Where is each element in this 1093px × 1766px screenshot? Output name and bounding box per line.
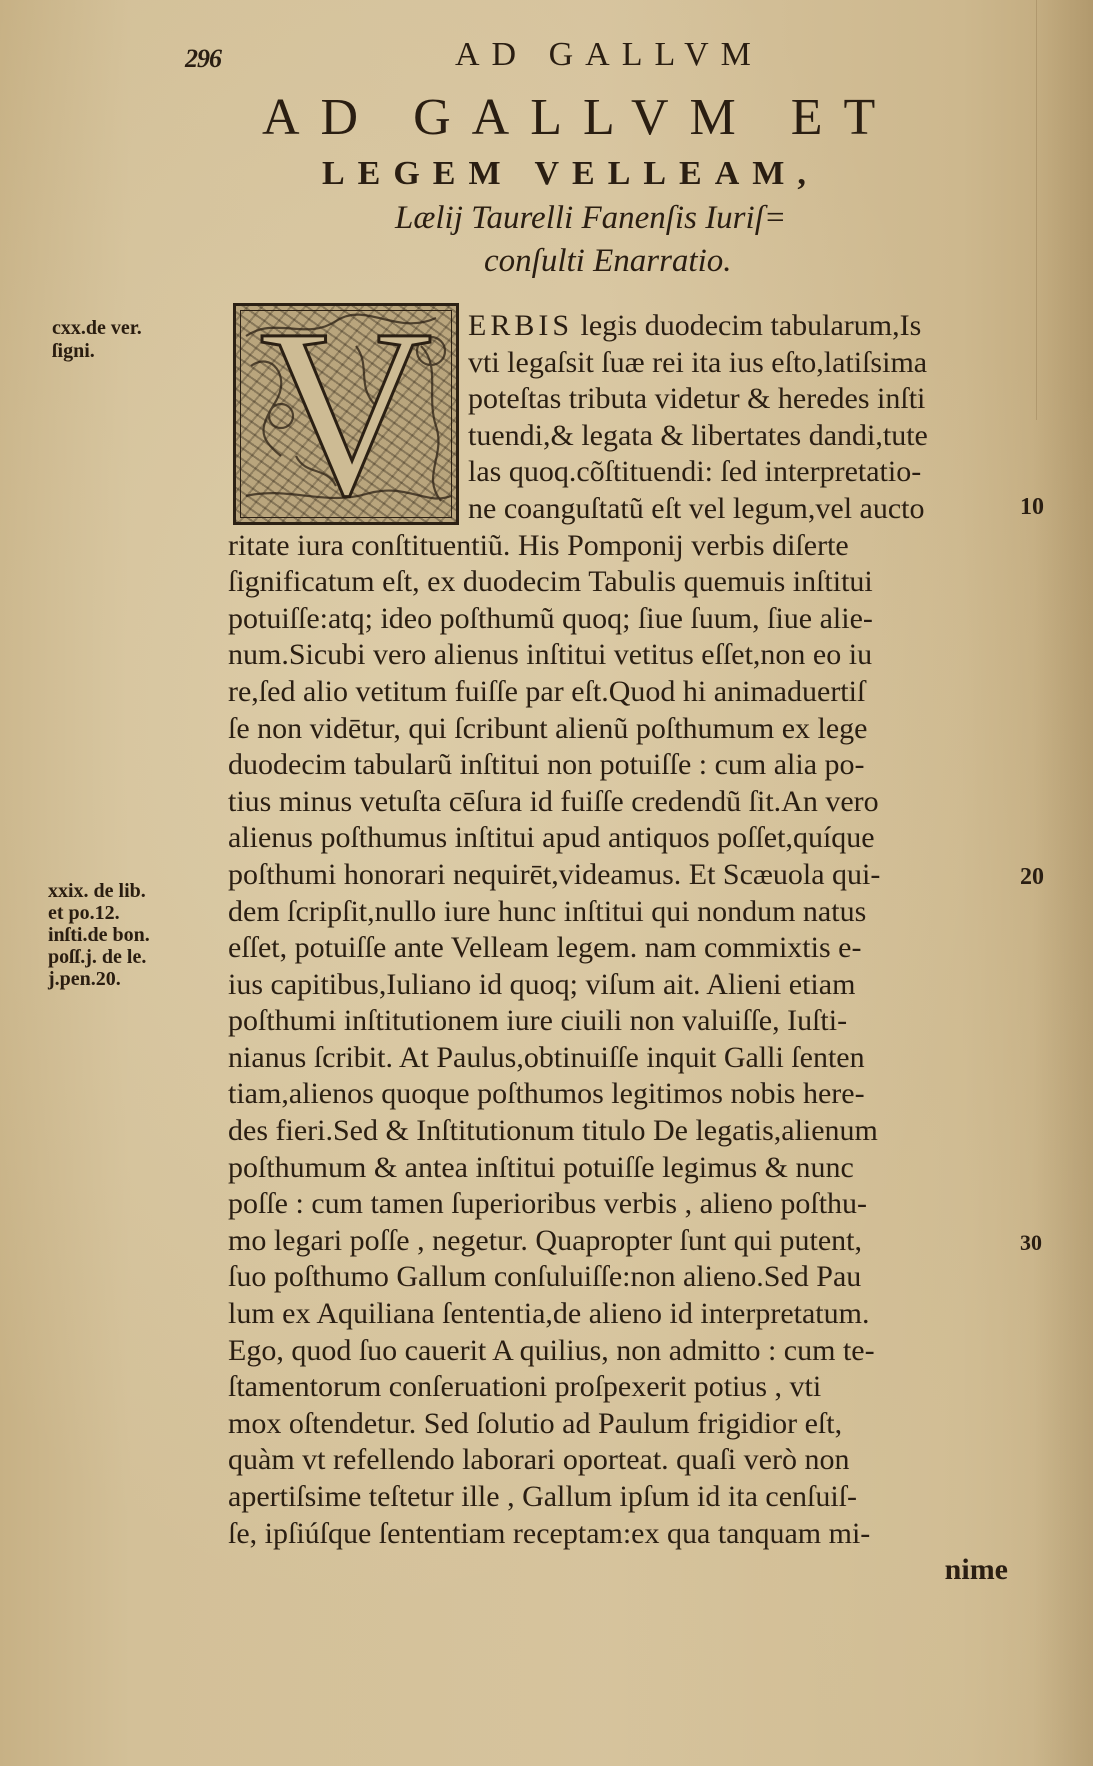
text-line: ne coanguſtatũ eſt vel legum,vel aucto (228, 491, 1008, 528)
text-line: ritate iura conſtituentiũ. His Pomponij … (228, 528, 1008, 565)
marginal-note-line: et po.12. (48, 902, 150, 924)
text-line: des fieri.Sed & Inſtitutionum titulo De … (228, 1113, 1008, 1150)
text-line: apertiſsime teſtetur ille , Gallum ipſum… (228, 1479, 1008, 1516)
marginal-note-line: ſigni. (52, 340, 142, 363)
title-line-2: LEGEM VELLEAM, (322, 155, 942, 193)
text-line: ſignificatum eſt, ex duodecim Tabulis qu… (228, 564, 1008, 601)
text-line: nianus ſcribit. At Paulus,obtinuiſſe inq… (228, 1040, 1008, 1077)
opening-word: ERBIS (468, 309, 573, 342)
text-line: ERBIS legis duodecim tabularum,Is (228, 308, 1008, 345)
marginal-note-line: poſſ.j. de le. (48, 946, 150, 968)
text-line: num.Sicubi vero alienus inſtitui vetitus… (228, 637, 1008, 674)
text-line: duodecim tabularũ inſtitui non potuiſſe … (228, 747, 1008, 784)
text-line: ſe, ipſiúſque ſententiam receptam:ex qua… (228, 1516, 1008, 1553)
title-line-3: Lælij Taurelli Fanenſis Iuriſ= (395, 200, 786, 237)
running-head: AD GALLVM (455, 36, 835, 74)
marginal-note-2: xxix. de lib. et po.12. inſti.de bon. po… (48, 880, 150, 990)
text-line: ſe non vidētur, qui ſcribunt alienũ poſt… (228, 711, 1008, 748)
text-line: ſuo poſthumo Gallum conſuluiſſe:non alie… (228, 1259, 1008, 1296)
text-line: poſthumi inſtitutionem iure ciuili non v… (228, 1003, 1008, 1040)
text-line: vti legaſsit ſuæ rei ita ius eſto,latiſs… (228, 345, 1008, 382)
text-line: eſſet, potuiſſe ante Velleam legem. nam … (228, 930, 1008, 967)
text-line: poſthumum & antea inſtitui potuiſſe legi… (228, 1150, 1008, 1187)
text-line: quàm vt refellendo laborari oporteat. qu… (228, 1442, 1008, 1479)
marginal-note-line: j.pen.20. (48, 968, 150, 990)
text-line: tiam,alienos quoque poſthumos legitimos … (228, 1076, 1008, 1113)
text-line: Ego, quod ſuo cauerit A quilius, non adm… (228, 1333, 1008, 1370)
body-text: ERBIS legis duodecim tabularum,Is vti le… (228, 308, 1008, 1589)
text-line: tius minus vetuſta cēſura id fuiſſe cred… (228, 784, 1008, 821)
text-line: poteſtas tributa videtur & heredes inſti (228, 381, 1008, 418)
line-number-20: 20 (1020, 864, 1044, 891)
catchword: nime (228, 1552, 1008, 1589)
text-line: dem ſcripſit,nullo iure hunc inſtitui qu… (228, 894, 1008, 931)
title-line-1: AD GALLVM ET (262, 88, 1002, 147)
text-line: mox oſtendetur. Sed ſolutio ad Paulum fr… (228, 1406, 1008, 1443)
text-line: potuiſſe:atq; ideo poſthumũ quoq; ſiue ſ… (228, 601, 1008, 638)
title-line-4: conſulti Enarratio. (484, 243, 732, 280)
page-number: 296 (185, 44, 221, 74)
text-line: poſſe : cum tamen ſuperioribus verbis , … (228, 1186, 1008, 1223)
marginal-note-1: cxx.de ver. ſigni. (52, 317, 142, 363)
text-line: las quoq.cõſtituendi: ſed interpretatio- (228, 454, 1008, 491)
text-line: ſtamentorum conſeruationi proſpexerit po… (228, 1369, 1008, 1406)
marginal-note-line: inſti.de bon. (48, 924, 150, 946)
text-line: poſthumi honorari nequirēt,videamus. Et … (228, 857, 1008, 894)
text-line: tuendi,& legata & libertates dandi,tute (228, 418, 1008, 455)
text-line: lum ex Aquiliana ſententia,de alieno id … (228, 1296, 1008, 1333)
text-line: mo legari poſſe , negetur. Quapropter ſu… (228, 1223, 1008, 1260)
line-number-30: 30 (1020, 1230, 1042, 1256)
text-line: ius capitibus,Iuliano id quoq; viſum ait… (228, 967, 1008, 1004)
marginal-note-line: xxix. de lib. (48, 880, 150, 902)
text-line: re,ſed alio vetitum fuiſſe par eſt.Quod … (228, 674, 1008, 711)
marginal-note-line: cxx.de ver. (52, 317, 142, 340)
line-number-10: 10 (1020, 494, 1044, 521)
text-line: alienus poſthumus inſtitui apud antiquos… (228, 820, 1008, 857)
paper-crease (1036, 0, 1037, 420)
